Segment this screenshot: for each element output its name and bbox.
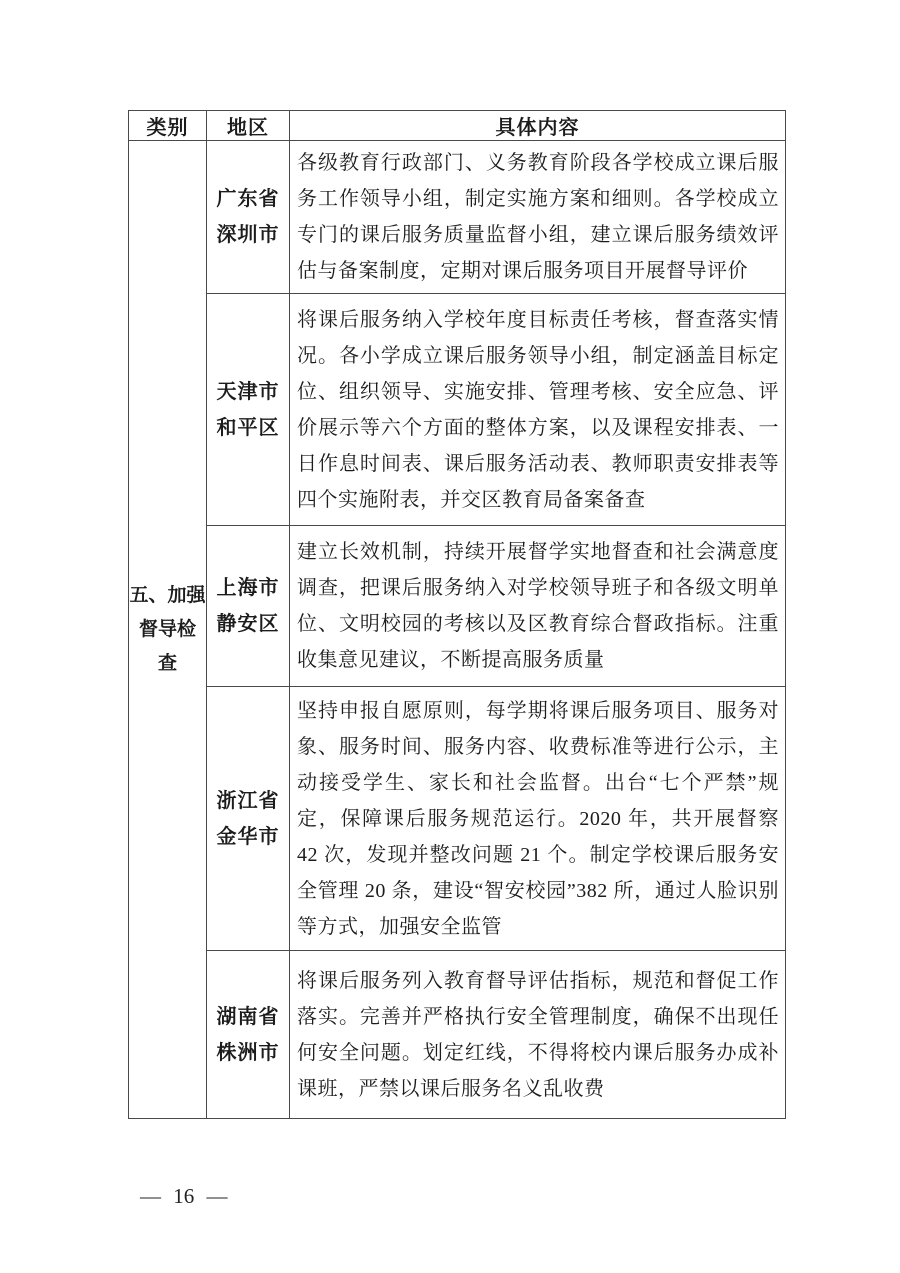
table-row: 五、加强 督导检 查 广东省深圳市 各级教育行政部门、义务教育阶段各学校成立课后… (129, 141, 786, 294)
column-header-region: 地区 (207, 111, 290, 141)
document-page: 类别 地区 具体内容 五、加强 督导检 查 广东省深圳市 各级教育行政部门、义务… (0, 0, 900, 1273)
region-cell-guangdong-shenzhen: 广东省深圳市 (207, 141, 290, 294)
supervision-table: 类别 地区 具体内容 五、加强 督导检 查 广东省深圳市 各级教育行政部门、义务… (128, 110, 786, 1119)
region-cell-hunan-zhuzhou: 湖南省株洲市 (207, 951, 290, 1119)
table-row: 浙江省金华市 坚持申报自愿原则，每学期将课后服务项目、服务对象、服务时间、服务内… (129, 687, 786, 951)
content-cell-guangdong-shenzhen: 各级教育行政部门、义务教育阶段各学校成立课后服务工作领导小组，制定实施方案和细则… (290, 141, 786, 294)
content-cell-hunan-zhuzhou: 将课后服务列入教育督导评估指标，规范和督促工作落实。完善并严格执行安全管理制度，… (290, 951, 786, 1119)
content-cell-shanghai-jingan: 建立长效机制，持续开展督学实地督查和社会满意度调查，把课后服务纳入对学校领导班子… (290, 526, 786, 687)
column-header-category: 类别 (129, 111, 207, 141)
table-row: 湖南省株洲市 将课后服务列入教育督导评估指标，规范和督促工作落实。完善并严格执行… (129, 951, 786, 1119)
region-cell-zhejiang-jinhua: 浙江省金华市 (207, 687, 290, 951)
content-cell-tianjin-heping: 将课后服务纳入学校年度目标责任考核，督查落实情况。各小学成立课后服务领导小组，制… (290, 294, 786, 526)
table-row: 上海市静安区 建立长效机制，持续开展督学实地督查和社会满意度调查，把课后服务纳入… (129, 526, 786, 687)
page-number: — 16 — (140, 1184, 228, 1209)
table-row: 天津市和平区 将课后服务纳入学校年度目标责任考核，督查落实情况。各小学成立课后服… (129, 294, 786, 526)
content-cell-zhejiang-jinhua: 坚持申报自愿原则，每学期将课后服务项目、服务对象、服务时间、服务内容、收费标准等… (290, 687, 786, 951)
category-cell-supervision-inspection: 五、加强 督导检 查 (129, 141, 207, 1119)
region-cell-tianjin-heping: 天津市和平区 (207, 294, 290, 526)
region-cell-shanghai-jingan: 上海市静安区 (207, 526, 290, 687)
table-header-row: 类别 地区 具体内容 (129, 111, 786, 141)
column-header-content: 具体内容 (290, 111, 786, 141)
